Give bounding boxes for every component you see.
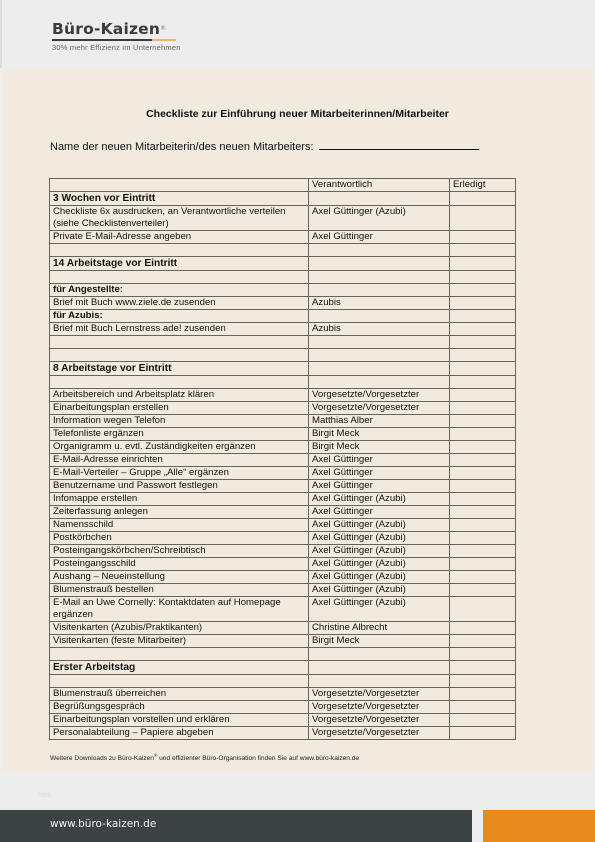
done-cell[interactable] bbox=[450, 231, 516, 244]
task-cell: Zeiterfassung anlegen bbox=[50, 506, 309, 519]
logo-underline bbox=[52, 39, 152, 41]
table-row: Aushang – NeueinstellungAxel Güttinger (… bbox=[50, 571, 516, 584]
task-cell bbox=[50, 271, 309, 284]
subsection-row: für Azubis: bbox=[50, 310, 516, 323]
owner-cell bbox=[309, 244, 450, 257]
owner-cell: Birgit Meck bbox=[309, 441, 450, 454]
table-row: Einarbeitungsplan erstellenVorgesetzte/V… bbox=[50, 402, 516, 415]
done-cell[interactable] bbox=[450, 389, 516, 402]
logo-underline-accent bbox=[152, 39, 176, 41]
logo-title-text: Büro-Kaizen bbox=[52, 20, 160, 38]
task-cell: Postkörbchen bbox=[50, 532, 309, 545]
owner-cell bbox=[309, 257, 450, 271]
task-cell: für Azubis: bbox=[50, 310, 309, 323]
task-cell: 8 Arbeitstage vor Eintritt bbox=[50, 362, 309, 376]
task-cell bbox=[50, 349, 309, 362]
table-header-row: Verantwortlich Erledigt bbox=[50, 179, 516, 192]
done-cell[interactable] bbox=[450, 519, 516, 532]
done-cell[interactable] bbox=[450, 192, 516, 206]
owner-cell: Axel Güttinger (Azubi) bbox=[309, 597, 450, 622]
table-row: Brief mit Buch www.ziele.de zusendenAzub… bbox=[50, 297, 516, 310]
logo-title: Büro-Kaizen® bbox=[52, 20, 166, 38]
owner-cell: Axel Güttinger bbox=[309, 454, 450, 467]
task-cell: Benutzername und Passwort festlegen bbox=[50, 480, 309, 493]
done-cell[interactable] bbox=[450, 402, 516, 415]
done-cell[interactable] bbox=[450, 349, 516, 362]
task-cell: E-Mail-Adresse einrichten bbox=[50, 454, 309, 467]
owner-cell: Vorgesetzte/Vorgesetzter bbox=[309, 727, 450, 740]
done-cell[interactable] bbox=[450, 675, 516, 688]
owner-cell: Axel Güttinger (Azubi) bbox=[309, 571, 450, 584]
empty-row bbox=[50, 244, 516, 257]
done-cell[interactable] bbox=[450, 545, 516, 558]
done-cell[interactable] bbox=[450, 257, 516, 271]
owner-cell: Axel Güttinger (Azubi) bbox=[309, 532, 450, 545]
section-row: 8 Arbeitstage vor Eintritt bbox=[50, 362, 516, 376]
done-cell[interactable] bbox=[450, 284, 516, 297]
table-row: Checkliste 6x ausdrucken, an Verantwortl… bbox=[50, 206, 516, 231]
task-cell: Personalabteilung – Papiere abgeben bbox=[50, 727, 309, 740]
done-cell[interactable] bbox=[450, 362, 516, 376]
footnote: Weitere Downloads zu Büro-Kaizen® und ef… bbox=[50, 753, 359, 762]
task-cell: Information wegen Telefon bbox=[50, 415, 309, 428]
owner-cell: Axel Güttinger (Azubi) bbox=[309, 584, 450, 597]
employee-name-label: Name der neuen Mitarbeiterin/des neuen M… bbox=[50, 141, 314, 153]
header-band: Büro-Kaizen® 30% mehr Effizienz im Unter… bbox=[0, 0, 595, 68]
footer-website-link[interactable]: www.büro-kaizen.de bbox=[50, 818, 156, 830]
empty-row bbox=[50, 376, 516, 389]
done-cell[interactable] bbox=[450, 271, 516, 284]
done-cell[interactable] bbox=[450, 206, 516, 231]
table-row: Telefonliste ergänzenBirgit Meck bbox=[50, 428, 516, 441]
owner-cell: Birgit Meck bbox=[309, 428, 450, 441]
empty-row bbox=[50, 675, 516, 688]
owner-cell: Axel Güttinger (Azubi) bbox=[309, 206, 450, 231]
owner-cell: Azubis bbox=[309, 297, 450, 310]
table-row: Zeiterfassung anlegenAxel Güttinger bbox=[50, 506, 516, 519]
owner-cell: Axel Güttinger bbox=[309, 480, 450, 493]
done-cell[interactable] bbox=[450, 480, 516, 493]
empty-row bbox=[50, 349, 516, 362]
owner-cell: Axel Güttinger (Azubi) bbox=[309, 493, 450, 506]
done-cell[interactable] bbox=[450, 648, 516, 661]
owner-cell: Vorgesetzte/Vorgesetzter bbox=[309, 714, 450, 727]
task-cell: Namensschild bbox=[50, 519, 309, 532]
task-cell: 14 Arbeitstage vor Eintritt bbox=[50, 257, 309, 271]
empty-row bbox=[50, 271, 516, 284]
task-cell bbox=[50, 336, 309, 349]
done-cell[interactable] bbox=[450, 506, 516, 519]
task-cell bbox=[50, 648, 309, 661]
owner-cell: Matthias Alber bbox=[309, 415, 450, 428]
owner-cell: Axel Güttinger (Azubi) bbox=[309, 519, 450, 532]
owner-cell bbox=[309, 675, 450, 688]
owner-cell: Axel Güttinger (Azubi) bbox=[309, 545, 450, 558]
task-cell bbox=[50, 244, 309, 257]
owner-cell: Vorgesetzte/Vorgesetzter bbox=[309, 688, 450, 701]
logo: Büro-Kaizen® 30% mehr Effizienz im Unter… bbox=[52, 20, 166, 38]
done-cell[interactable] bbox=[450, 454, 516, 467]
task-cell: für Angestellte: bbox=[50, 284, 309, 297]
owner-cell bbox=[309, 271, 450, 284]
task-cell: Visitenkarten (feste Mitarbeiter) bbox=[50, 635, 309, 648]
done-cell[interactable] bbox=[450, 688, 516, 701]
table-row: NamensschildAxel Güttinger (Azubi) bbox=[50, 519, 516, 532]
checklist-table: Verantwortlich Erledigt 3 Wochen vor Ein… bbox=[49, 178, 516, 740]
table-row: Private E-Mail-Adresse angebenAxel Gütti… bbox=[50, 231, 516, 244]
owner-cell bbox=[309, 310, 450, 323]
done-cell[interactable] bbox=[450, 493, 516, 506]
table-row: Organigramm u. evtl. Zuständigkeiten erg… bbox=[50, 441, 516, 454]
table-row: PostkörbchenAxel Güttinger (Azubi) bbox=[50, 532, 516, 545]
owner-cell: Vorgesetzte/Vorgesetzter bbox=[309, 701, 450, 714]
employee-name-line: Name der neuen Mitarbeiterin/des neuen M… bbox=[50, 139, 479, 153]
done-cell[interactable] bbox=[450, 584, 516, 597]
done-cell[interactable] bbox=[450, 310, 516, 323]
task-cell: Telefonliste ergänzen bbox=[50, 428, 309, 441]
owner-cell: Axel Güttinger bbox=[309, 506, 450, 519]
owner-cell: Axel Güttinger bbox=[309, 467, 450, 480]
owner-cell bbox=[309, 349, 450, 362]
document-title: Checkliste zur Einführung neuer Mitarbei… bbox=[0, 108, 595, 120]
task-cell: Brief mit Buch www.ziele.de zusenden bbox=[50, 297, 309, 310]
task-cell: Einarbeitungsplan vorstellen und erkläre… bbox=[50, 714, 309, 727]
done-cell[interactable] bbox=[450, 532, 516, 545]
task-cell: Arbeitsbereich und Arbeitsplatz klären bbox=[50, 389, 309, 402]
done-cell[interactable] bbox=[450, 441, 516, 454]
done-cell[interactable] bbox=[450, 376, 516, 389]
owner-cell: Axel Güttinger (Azubi) bbox=[309, 558, 450, 571]
section-row: Erster Arbeitstag bbox=[50, 661, 516, 675]
table-row: Blumenstrauß überreichenVorgesetzte/Vorg… bbox=[50, 688, 516, 701]
owner-cell: Christine Albrecht bbox=[309, 622, 450, 635]
task-cell: Einarbeitungsplan erstellen bbox=[50, 402, 309, 415]
done-cell[interactable] bbox=[450, 428, 516, 441]
owner-cell bbox=[309, 192, 450, 206]
task-cell: E-Mail-Verteiler – Gruppe „Alle“ ergänze… bbox=[50, 467, 309, 480]
table-row: Infomappe erstellenAxel Güttinger (Azubi… bbox=[50, 493, 516, 506]
done-cell[interactable] bbox=[450, 635, 516, 648]
empty-row bbox=[50, 336, 516, 349]
task-cell: Visitenkarten (Azubis/Praktikanten) bbox=[50, 622, 309, 635]
table-row: Arbeitsbereich und Arbeitsplatz klärenVo… bbox=[50, 389, 516, 402]
table-row: E-Mail-Adresse einrichtenAxel Güttinger bbox=[50, 454, 516, 467]
task-cell: Checkliste 6x ausdrucken, an Verantwortl… bbox=[50, 206, 309, 231]
table-row: Visitenkarten (feste Mitarbeiter)Birgit … bbox=[50, 635, 516, 648]
table-row: E-Mail-Verteiler – Gruppe „Alle“ ergänze… bbox=[50, 467, 516, 480]
logo-subtitle: 30% mehr Effizienz im Unternehmen bbox=[52, 43, 181, 52]
owner-cell bbox=[309, 284, 450, 297]
owner-cell bbox=[309, 362, 450, 376]
task-cell: Blumenstrauß bestellen bbox=[50, 584, 309, 597]
task-cell: Aushang – Neueinstellung bbox=[50, 571, 309, 584]
owner-cell: Axel Güttinger bbox=[309, 231, 450, 244]
employee-name-field[interactable] bbox=[319, 139, 479, 150]
done-cell[interactable] bbox=[450, 701, 516, 714]
task-cell: Organigramm u. evtl. Zuständigkeiten erg… bbox=[50, 441, 309, 454]
task-cell: Posteingangsschild bbox=[50, 558, 309, 571]
subsection-row: für Angestellte: bbox=[50, 284, 516, 297]
table-row: Personalabteilung – Papiere abgebenVorge… bbox=[50, 727, 516, 740]
footnote-text: Weitere Downloads zu Büro-Kaizen bbox=[50, 755, 154, 762]
done-cell[interactable] bbox=[450, 714, 516, 727]
task-cell: Private E-Mail-Adresse angeben bbox=[50, 231, 309, 244]
empty-row bbox=[50, 648, 516, 661]
table-row: E-Mail an Uwe Cornelly: Kontaktdaten auf… bbox=[50, 597, 516, 622]
footnote-link-text: und effizienter Büro-Organisation finden… bbox=[157, 755, 359, 762]
done-cell[interactable] bbox=[450, 244, 516, 257]
owner-cell: Vorgesetzte/Vorgesetzter bbox=[309, 389, 450, 402]
column-header-task bbox=[50, 179, 309, 192]
section-row: 14 Arbeitstage vor Eintritt bbox=[50, 257, 516, 271]
owner-cell bbox=[309, 336, 450, 349]
task-cell bbox=[50, 376, 309, 389]
task-cell: Infomappe erstellen bbox=[50, 493, 309, 506]
task-cell bbox=[50, 675, 309, 688]
done-cell[interactable] bbox=[450, 727, 516, 740]
task-cell: Blumenstrauß überreichen bbox=[50, 688, 309, 701]
faint-watermark: tebb bbox=[38, 792, 52, 799]
task-cell: Brief mit Buch Lernstress ade! zusenden bbox=[50, 323, 309, 336]
owner-cell: Birgit Meck bbox=[309, 635, 450, 648]
table-row: Brief mit Buch Lernstress ade! zusendenA… bbox=[50, 323, 516, 336]
done-cell[interactable] bbox=[450, 415, 516, 428]
registered-mark: ® bbox=[160, 25, 166, 32]
footer-accent-block bbox=[483, 810, 595, 842]
table-row: Visitenkarten (Azubis/Praktikanten)Chris… bbox=[50, 622, 516, 635]
task-cell: Begrüßungsgespräch bbox=[50, 701, 309, 714]
table-row: Blumenstrauß bestellenAxel Güttinger (Az… bbox=[50, 584, 516, 597]
owner-cell: Vorgesetzte/Vorgesetzter bbox=[309, 402, 450, 415]
table-row: PosteingangsschildAxel Güttinger (Azubi) bbox=[50, 558, 516, 571]
done-cell[interactable] bbox=[450, 336, 516, 349]
column-header-owner: Verantwortlich bbox=[309, 179, 450, 192]
table-row: Einarbeitungsplan vorstellen und erkläre… bbox=[50, 714, 516, 727]
table-row: Information wegen TelefonMatthias Alber bbox=[50, 415, 516, 428]
done-cell[interactable] bbox=[450, 597, 516, 622]
done-cell[interactable] bbox=[450, 297, 516, 310]
task-cell: Erster Arbeitstag bbox=[50, 661, 309, 675]
section-row: 3 Wochen vor Eintritt bbox=[50, 192, 516, 206]
task-cell: 3 Wochen vor Eintritt bbox=[50, 192, 309, 206]
done-cell[interactable] bbox=[450, 467, 516, 480]
done-cell[interactable] bbox=[450, 622, 516, 635]
owner-cell bbox=[309, 661, 450, 675]
done-cell[interactable] bbox=[450, 571, 516, 584]
owner-cell bbox=[309, 648, 450, 661]
done-cell[interactable] bbox=[450, 661, 516, 675]
task-cell: Posteingangskörbchen/Schreibtisch bbox=[50, 545, 309, 558]
task-cell: E-Mail an Uwe Cornelly: Kontaktdaten auf… bbox=[50, 597, 309, 622]
done-cell[interactable] bbox=[450, 323, 516, 336]
done-cell[interactable] bbox=[450, 558, 516, 571]
table-row: BegrüßungsgesprächVorgesetzte/Vorgesetzt… bbox=[50, 701, 516, 714]
owner-cell: Azubis bbox=[309, 323, 450, 336]
column-header-done: Erledigt bbox=[450, 179, 516, 192]
table-row: Posteingangskörbchen/SchreibtischAxel Gü… bbox=[50, 545, 516, 558]
owner-cell bbox=[309, 376, 450, 389]
table-row: Benutzername und Passwort festlegenAxel … bbox=[50, 480, 516, 493]
